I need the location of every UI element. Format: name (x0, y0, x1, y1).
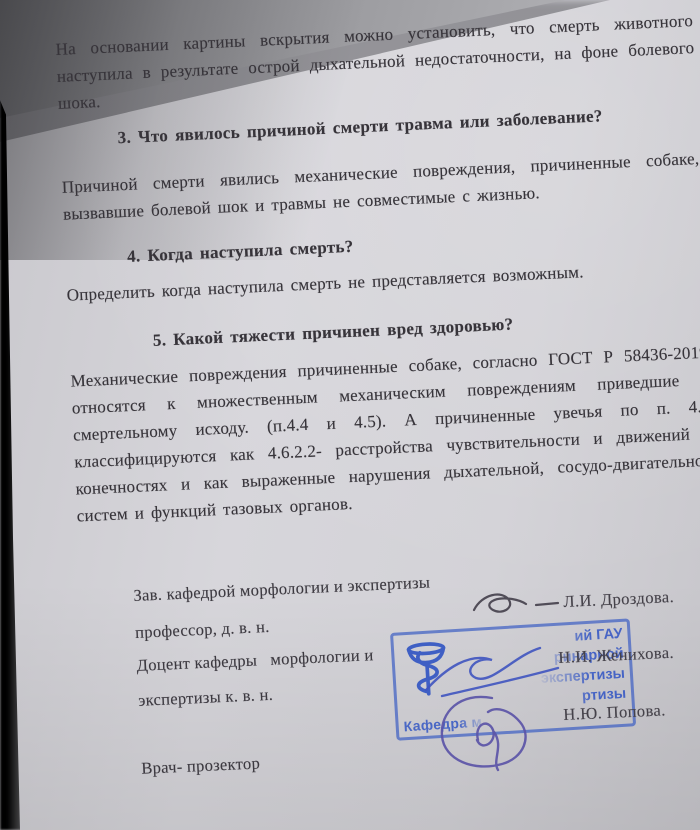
section-5-body: Механические повреждения причиненные соб… (70, 339, 700, 530)
section-3-body: Причиной смерти явились механические пов… (61, 145, 700, 228)
document-body: На основании картины вскрытия можно уста… (55, 7, 700, 529)
signature-scribble-drozdova (468, 584, 568, 624)
photographed-document: На основании картины вскрытия можно уста… (0, 0, 700, 830)
signature-scribble-popova (430, 690, 545, 775)
